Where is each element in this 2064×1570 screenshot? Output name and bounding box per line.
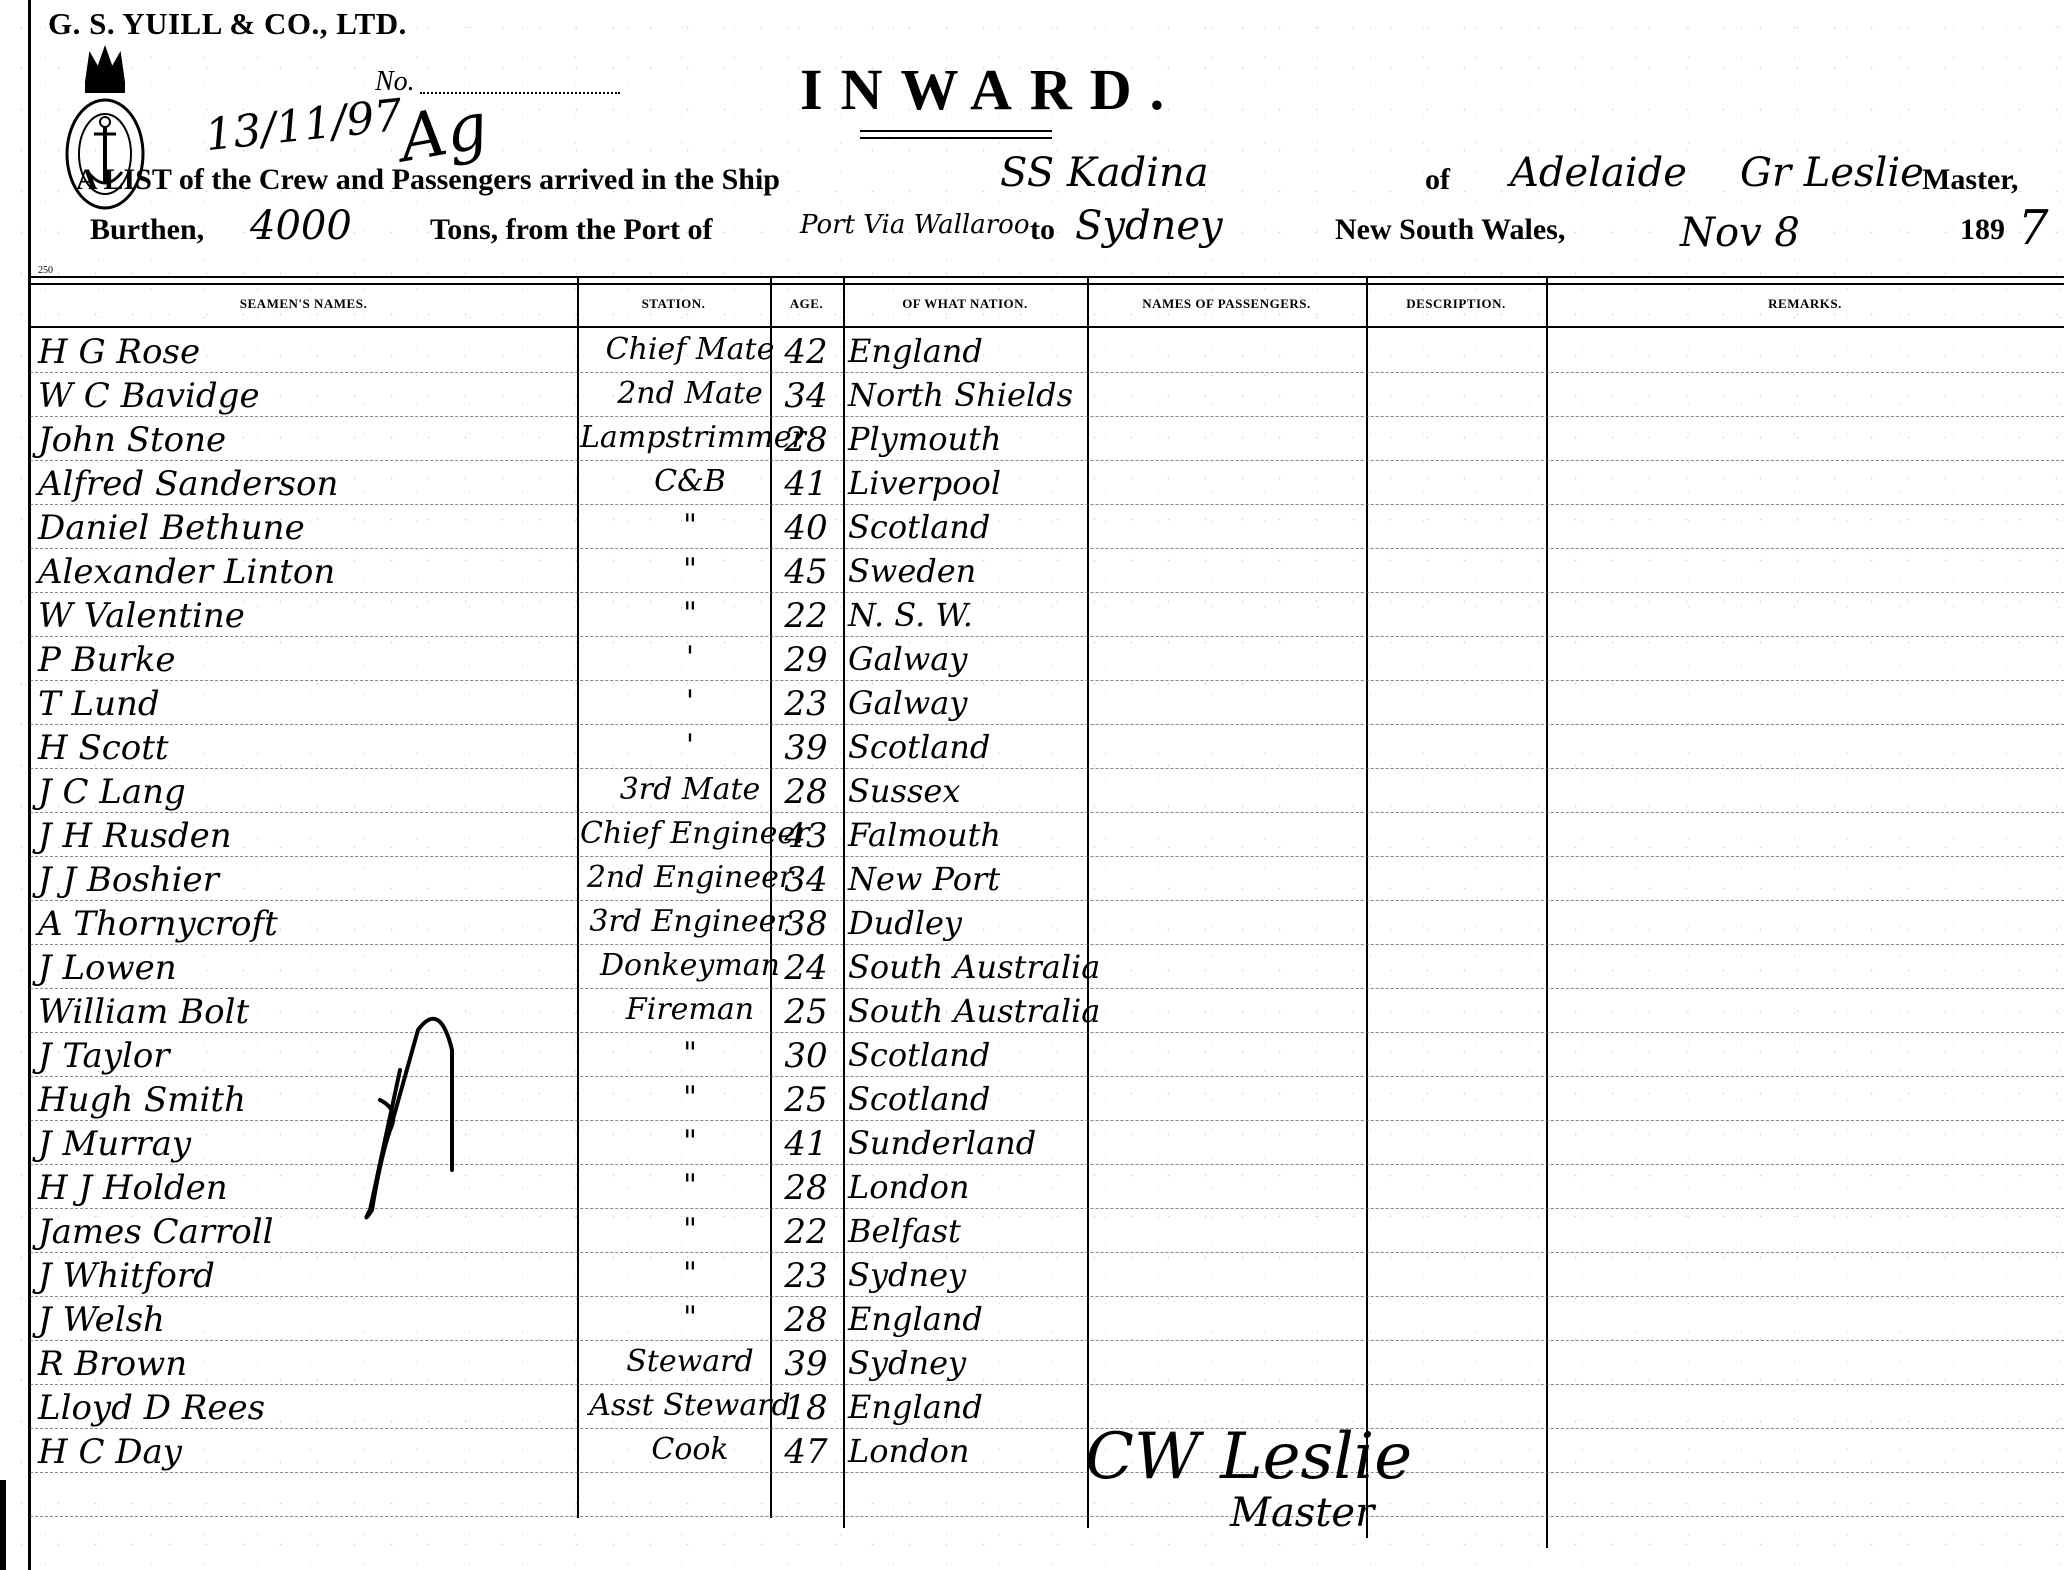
seaman-name: H G Rose: [38, 332, 200, 372]
tons-from-port-label: Tons, from the Port of: [430, 213, 712, 247]
seaman-station: Steward: [580, 1344, 800, 1379]
year-printed: 189: [1960, 213, 2005, 247]
seaman-name: H C Day: [38, 1432, 182, 1472]
seaman-name: Alexander Linton: [38, 552, 335, 592]
list-description-label: A LIST of the Crew and Passengers arrive…: [76, 163, 780, 197]
seaman-station: 3rd Mate: [580, 772, 800, 807]
seaman-nation: Scotland: [848, 1080, 990, 1118]
from-port: Port Via Wallaroo: [800, 210, 1029, 240]
seaman-station: Cook: [580, 1432, 800, 1467]
crew-row: H J Holden " 28 London: [30, 1166, 2064, 1210]
burthen-tons: 4000: [250, 203, 352, 249]
seaman-nation: London: [848, 1168, 969, 1206]
seaman-age: 38: [770, 904, 842, 944]
seaman-station: Fireman: [580, 992, 800, 1027]
seaman-age: 29: [770, 640, 842, 680]
seaman-nation: N. S. W.: [848, 596, 973, 634]
seaman-age: 41: [770, 1124, 842, 1164]
port-of-registry: Adelaide: [1510, 150, 1687, 196]
seaman-age: 39: [770, 728, 842, 768]
seaman-age: 42: [770, 332, 842, 372]
row-rule: [30, 1516, 2064, 1517]
seaman-nation: Sydney: [848, 1256, 966, 1294]
crew-row: P Burke ' 29 Galway: [30, 638, 2064, 682]
seaman-name: W Valentine: [38, 596, 245, 636]
destination-port: Sydney: [1075, 203, 1223, 249]
left-margin-rule-bottom: [0, 1480, 6, 1570]
seaman-station: Chief Mate: [580, 332, 800, 367]
crew-row: J C Lang 3rd Mate 28 Sussex: [30, 770, 2064, 814]
seaman-name: J Murray: [38, 1124, 191, 1164]
seaman-name: W C Bavidge: [38, 376, 260, 416]
seaman-nation: Sunderland: [848, 1124, 1036, 1162]
seaman-nation: Galway: [848, 684, 967, 722]
seaman-age: 39: [770, 1344, 842, 1384]
seaman-name: Daniel Bethune: [38, 508, 305, 548]
crew-row: J J Boshier 2nd Engineer 34 New Port: [30, 858, 2064, 902]
seaman-age: 23: [770, 684, 842, 724]
seaman-nation: South Australia: [848, 992, 1100, 1030]
crew-row: J Taylor " 30 Scotland: [30, 1034, 2064, 1078]
seaman-station: Lampstrimmer: [580, 420, 800, 455]
crew-row: Alexander Linton " 45 Sweden: [30, 550, 2064, 594]
seaman-age: 18: [770, 1388, 842, 1428]
crew-row: J Murray " 41 Sunderland: [30, 1122, 2064, 1166]
seaman-age: 43: [770, 816, 842, 856]
column-header-nation: OF WHAT NATION.: [843, 296, 1087, 312]
seaman-age: 47: [770, 1432, 842, 1472]
year-handwritten: 7: [2018, 200, 2049, 256]
seaman-station: ": [580, 1256, 800, 1291]
seaman-name: Hugh Smith: [38, 1080, 246, 1120]
seaman-nation: Sydney: [848, 1344, 966, 1382]
seaman-name: A Thornycroft: [38, 904, 278, 944]
seaman-station: ": [580, 508, 800, 543]
seaman-age: 22: [770, 596, 842, 636]
seaman-name: John Stone: [38, 420, 226, 460]
seaman-age: 25: [770, 992, 842, 1032]
seaman-nation: England: [848, 1300, 983, 1338]
ship-name: SS Kadina: [1000, 150, 1209, 196]
crew-row: Lloyd D Rees Asst Steward 18 England: [30, 1386, 2064, 1430]
crew-row: James Carroll " 22 Belfast: [30, 1210, 2064, 1254]
seaman-station: ': [580, 684, 800, 719]
seaman-age: 23: [770, 1256, 842, 1296]
crew-row: John Stone Lampstrimmer 28 Plymouth: [30, 418, 2064, 462]
title-underline: [860, 130, 1052, 139]
seaman-station: Chief Engineer: [580, 816, 800, 851]
seaman-nation: Sussex: [848, 772, 960, 810]
crew-row: H C Day Cook 47 London: [30, 1430, 2064, 1474]
seaman-name: J Lowen: [38, 948, 177, 988]
colony-label: New South Wales,: [1335, 213, 1565, 247]
seaman-station: ": [580, 1036, 800, 1071]
seaman-age: 41: [770, 464, 842, 504]
seaman-age: 25: [770, 1080, 842, 1120]
to-label: to: [1030, 213, 1055, 247]
seaman-name: P Burke: [38, 640, 176, 680]
seaman-nation: North Shields: [848, 376, 1073, 414]
seaman-station: 2nd Mate: [580, 376, 800, 411]
seaman-nation: England: [848, 332, 983, 370]
crew-row: Daniel Bethune " 40 Scotland: [30, 506, 2064, 550]
seaman-age: 40: [770, 508, 842, 548]
seaman-name: J J Boshier: [38, 860, 219, 900]
header-bottom-rule: [30, 326, 2064, 328]
document-title: INWARD.: [800, 56, 1182, 123]
seaman-age: 34: [770, 376, 842, 416]
crew-row: W Valentine " 22 N. S. W.: [30, 594, 2064, 638]
crew-row: William Bolt Fireman 25 South Australia: [30, 990, 2064, 1034]
seaman-age: 28: [770, 420, 842, 460]
seaman-nation: Belfast: [848, 1212, 961, 1250]
master-name: Gr Leslie: [1740, 150, 1924, 196]
column-header-seamen-names: SEAMEN'S NAMES.: [30, 296, 577, 312]
seaman-station: ': [580, 728, 800, 763]
seaman-nation: New Port: [848, 860, 1000, 898]
seaman-name: J Welsh: [38, 1300, 165, 1340]
seaman-station: ': [580, 640, 800, 675]
seaman-nation: England: [848, 1388, 983, 1426]
crew-row: A Thornycroft 3rd Engineer 38 Dudley: [30, 902, 2064, 946]
master-label: Master,: [1922, 163, 2018, 197]
burthen-label: Burthen,: [90, 213, 204, 247]
crew-row: Alfred Sanderson C&B 41 Liverpool: [30, 462, 2064, 506]
seaman-station: 3rd Engineer: [580, 904, 800, 939]
seaman-age: 28: [770, 1168, 842, 1208]
seaman-nation: Dudley: [848, 904, 962, 942]
seaman-nation: Scotland: [848, 728, 990, 766]
seaman-nation: Scotland: [848, 508, 990, 546]
seaman-station: ": [580, 552, 800, 587]
seaman-station: C&B: [580, 464, 800, 499]
crew-row: R Brown Steward 39 Sydney: [30, 1342, 2064, 1386]
seaman-station: ": [580, 1300, 800, 1335]
crew-row: H G Rose Chief Mate 42 England: [30, 330, 2064, 374]
master-signature-title: Master: [1230, 1490, 1374, 1536]
seaman-station: ": [580, 1212, 800, 1247]
seaman-nation: Scotland: [848, 1036, 990, 1074]
seaman-age: 34: [770, 860, 842, 900]
crew-row: J Welsh " 28 England: [30, 1298, 2064, 1342]
seaman-age: 28: [770, 1300, 842, 1340]
seaman-station: ": [580, 1080, 800, 1115]
seaman-nation: Falmouth: [848, 816, 1001, 854]
seaman-name: William Bolt: [38, 992, 249, 1032]
seaman-station: ": [580, 1124, 800, 1159]
seaman-station: ": [580, 1168, 800, 1203]
column-header-remarks: REMARKS.: [1546, 296, 2064, 312]
large-handwritten-mark-icon: [360, 1010, 500, 1220]
column-header-description: DESCRIPTION.: [1366, 296, 1546, 312]
seaman-age: 24: [770, 948, 842, 988]
crew-row: H Scott ' 39 Scotland: [30, 726, 2064, 770]
seaman-nation: Plymouth: [848, 420, 1002, 458]
seaman-nation: South Australia: [848, 948, 1100, 986]
seaman-name: J H Rusden: [38, 816, 232, 856]
seaman-age: 28: [770, 772, 842, 812]
handwritten-date-stamp: 13/11/97: [203, 90, 405, 161]
seaman-station: 2nd Engineer: [580, 860, 800, 895]
seaman-age: 22: [770, 1212, 842, 1252]
seaman-age: 45: [770, 552, 842, 592]
seaman-name: J Taylor: [38, 1036, 170, 1076]
crew-row: W C Bavidge 2nd Mate 34 North Shields: [30, 374, 2064, 418]
seaman-name: R Brown: [38, 1344, 187, 1384]
seaman-age: 30: [770, 1036, 842, 1076]
seaman-station: ": [580, 596, 800, 631]
master-signature: CW Leslie: [1085, 1420, 1412, 1494]
seaman-name: J Whitford: [38, 1256, 215, 1296]
seaman-nation: London: [848, 1432, 969, 1470]
seaman-name: James Carroll: [38, 1212, 274, 1252]
seaman-nation: Galway: [848, 640, 967, 678]
seaman-name: T Lund: [38, 684, 160, 724]
seaman-name: Alfred Sanderson: [38, 464, 338, 504]
column-header-station: STATION.: [577, 296, 770, 312]
seaman-nation: Liverpool: [848, 464, 1001, 502]
seaman-name: H J Holden: [38, 1168, 228, 1208]
crew-row: T Lund ' 23 Galway: [30, 682, 2064, 726]
seaman-station: Donkeyman: [580, 948, 800, 983]
seaman-name: J C Lang: [38, 772, 186, 812]
column-header-passengers: NAMES OF PASSENGERS.: [1087, 296, 1366, 312]
crew-row: Hugh Smith " 25 Scotland: [30, 1078, 2064, 1122]
crew-row: J Whitford " 23 Sydney: [30, 1254, 2064, 1298]
seaman-name: Lloyd D Rees: [38, 1388, 265, 1428]
table-top-rule: [30, 276, 2064, 285]
seaman-station: Asst Steward: [580, 1388, 800, 1423]
column-header-age: AGE.: [770, 296, 843, 312]
crew-row: J Lowen Donkeyman 24 South Australia: [30, 946, 2064, 990]
seaman-name: H Scott: [38, 728, 169, 768]
arrival-date: Nov 8: [1680, 210, 1800, 256]
form-number-mark: 250: [38, 265, 53, 276]
seaman-nation: Sweden: [848, 552, 976, 590]
of-label: of: [1425, 163, 1450, 197]
crew-row: J H Rusden Chief Engineer 43 Falmouth: [30, 814, 2064, 858]
